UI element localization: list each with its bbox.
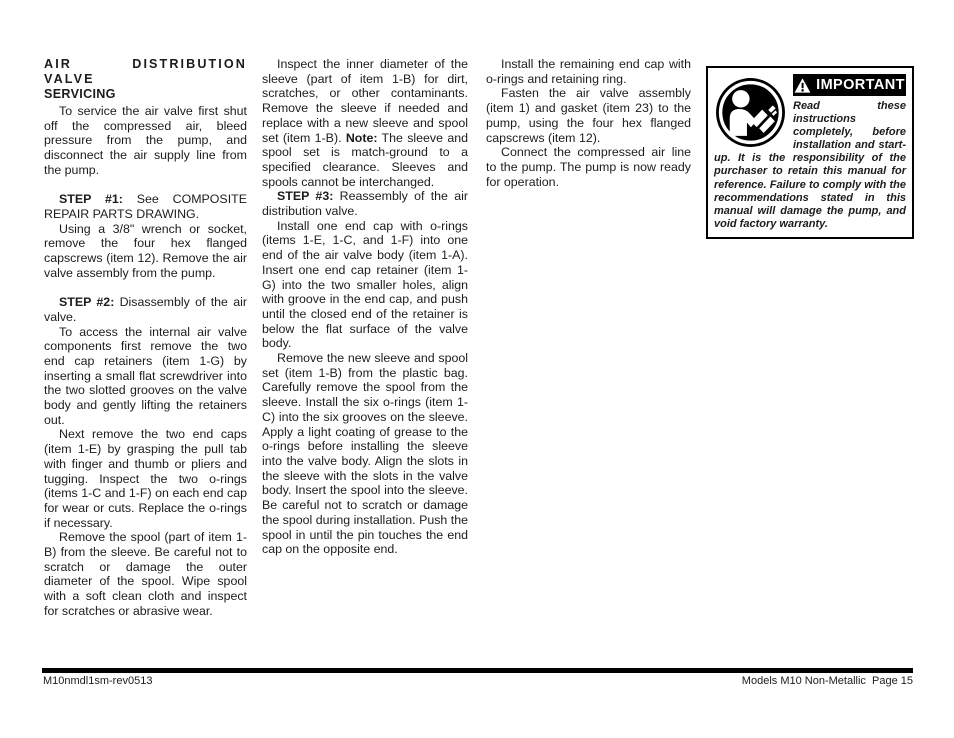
paragraph: Install the remaining end cap with o-rin…: [486, 57, 691, 86]
paragraph: To access the internal air valve compone…: [44, 325, 247, 428]
important-title: IMPORTANT: [816, 77, 905, 93]
paragraph: Next remove the two end caps (item 1-E) …: [44, 427, 247, 530]
step2-label: STEP #2:: [59, 295, 114, 309]
paragraph: Remove the spool (part of item 1-B) from…: [44, 530, 247, 618]
column-right: Install the remaining end cap with o-rin…: [486, 57, 691, 189]
step1-label: STEP #1:: [59, 192, 123, 206]
footer-model-page: Models M10 Non-Metallic Page 15: [742, 675, 913, 687]
footer-rule: [42, 668, 913, 673]
step3-paragraph: STEP #3: Reassembly of the air distribut…: [262, 189, 468, 218]
section-title: AIR DISTRIBUTION VALVE: [44, 57, 247, 87]
step2-paragraph: STEP #2: Disassembly of the air valve.: [44, 295, 247, 324]
important-box: IMPORTANT Read these instructions comple…: [706, 66, 914, 239]
section-subtitle: SERVICING: [44, 87, 247, 102]
paragraph: Inspect the inner diameter of the sleeve…: [262, 57, 468, 189]
column-middle: Inspect the inner diameter of the sleeve…: [262, 57, 468, 557]
step3-label: STEP #3:: [277, 189, 333, 203]
paragraph: Connect the compressed air line to the p…: [486, 145, 691, 189]
paragraph-spacer: [44, 178, 247, 193]
important-header-bar: IMPORTANT: [793, 74, 906, 96]
note-label: Note:: [346, 131, 378, 145]
step1-paragraph: STEP #1: See COMPOSITE REPAIR PARTS DRAW…: [44, 192, 247, 221]
paragraph: Remove the new sleeve and spool set (ite…: [262, 351, 468, 557]
manual-page: AIR DISTRIBUTION VALVE SERVICING To serv…: [0, 0, 954, 738]
read-manual-icon: [714, 76, 787, 149]
paragraph: Install one end cap with o-rings (items …: [262, 219, 468, 351]
paragraph-spacer: [44, 280, 247, 295]
paragraph: Using a 3/8" wrench or socket, remove th…: [44, 222, 247, 281]
footer-revision: M10nmdl1sm-rev0513: [43, 675, 152, 687]
paragraph: To service the air valve first shut off …: [44, 104, 247, 178]
paragraph: Fasten the air valve assembly (item 1) a…: [486, 86, 691, 145]
column-left: AIR DISTRIBUTION VALVE SERVICING To serv…: [44, 57, 247, 619]
warning-triangle-icon: [794, 78, 811, 93]
